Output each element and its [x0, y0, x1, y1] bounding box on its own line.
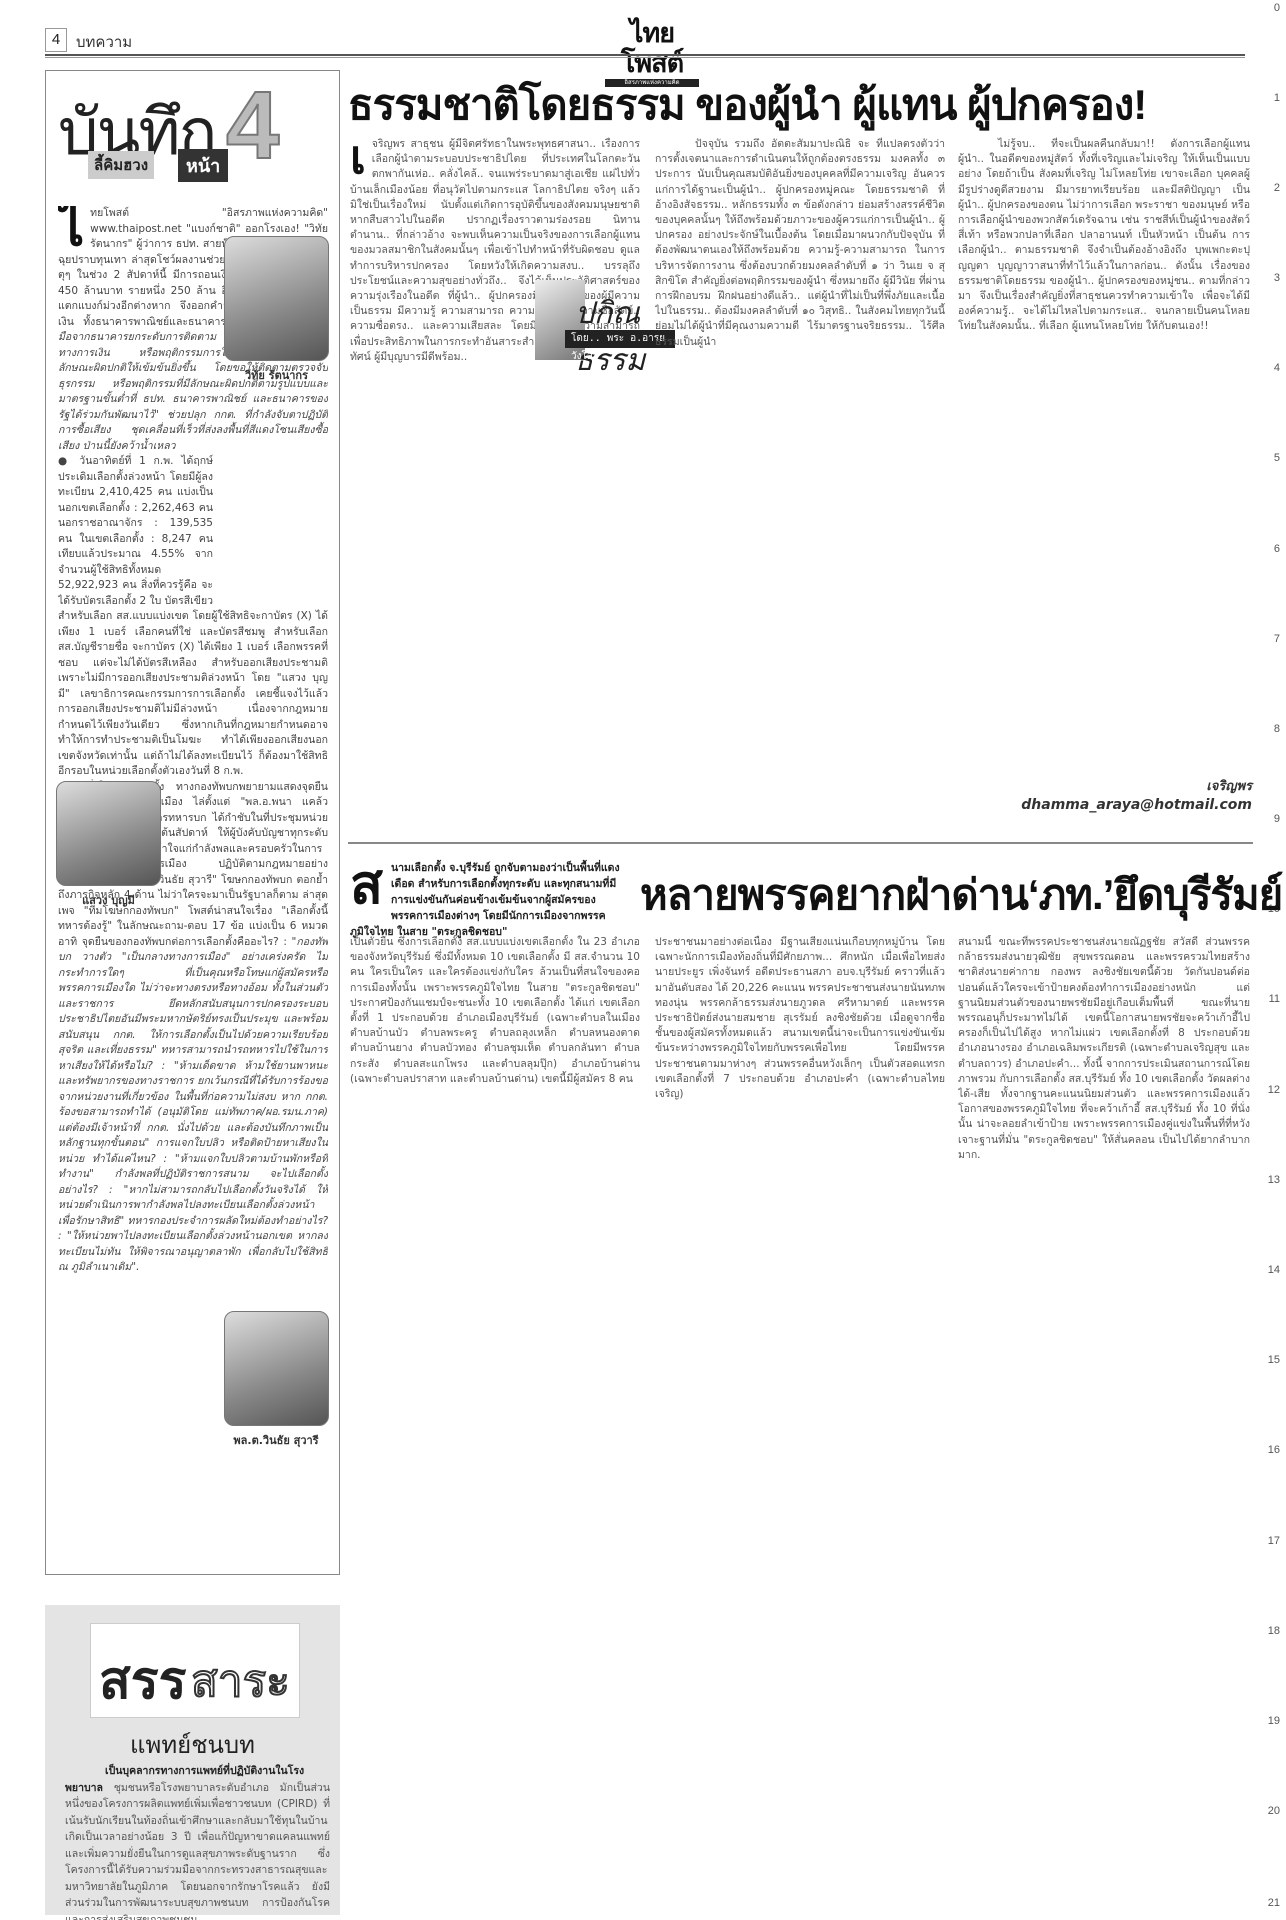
- column-author: ลี้คิมฮวง: [88, 151, 154, 179]
- glossary-logo: สรร สาระ: [90, 1623, 300, 1718]
- ruler-mark: 1: [1274, 92, 1280, 104]
- ruler-mark: 18: [1268, 1625, 1280, 1637]
- article-2-text: เป็นตัวยืน ซึ่งการเลือกตั้ง สส.แบบแบ่งเข…: [350, 936, 640, 1085]
- article-2-text: สนามนี้ ขณะที่พรรคประชาชนส่งนายณัฏฐชัย ส…: [958, 936, 1250, 1161]
- dropcap: ไ: [58, 206, 84, 252]
- column-banner: บันทึก 4 ลี้คิมฮวง หน้า: [46, 71, 339, 201]
- article-divider: [348, 842, 1253, 844]
- ruler-mark: 11: [1269, 993, 1280, 1005]
- glossary-logo-right: สาระ: [191, 1646, 290, 1716]
- logo-text: ไทยโพสต์: [605, 18, 699, 78]
- photo-winthai: [224, 1311, 329, 1426]
- photo-saeng: [56, 781, 161, 886]
- photo-caption: พล.ต.วินธัย สุวารี: [216, 1431, 336, 1449]
- section-label: บทความ: [76, 30, 132, 54]
- ruler-mark: 8: [1274, 723, 1280, 735]
- ruler-mark: 4: [1274, 362, 1280, 374]
- ruler-mark: 2: [1274, 182, 1280, 194]
- column-page-label: หน้า: [178, 149, 228, 182]
- big-number-4-icon: 4: [226, 76, 306, 176]
- photo-caption: แสวง บุญมี: [56, 891, 161, 909]
- glossary-body: เป็นบุคลากรทางการแพทย์ที่ปฏิบัติงานในโรง…: [65, 1763, 330, 1920]
- ruler-mark: 0: [1274, 2, 1280, 14]
- column-byline-box: ปกิณธรรม โดย.. พระ อ.อารยวังโส: [535, 280, 675, 360]
- article-2-lead: ส นามเลือกตั้ง จ.บุรีรัมย์ ถูกจับตามองว่…: [350, 860, 630, 940]
- dropcap: เ: [350, 137, 366, 179]
- dropcap: ส: [350, 860, 383, 910]
- ruler-mark: 7: [1274, 633, 1280, 645]
- column-quote-2: "กองทัพบก วางตัว "เป็นกลางทางการเมือง" อ…: [58, 936, 328, 1274]
- article-2-col-1: เป็นตัวยืน ซึ่งการเลือกตั้ง สส.แบบแบ่งเข…: [350, 935, 640, 1915]
- ruler-mark: 6: [1274, 543, 1280, 555]
- ruler-mark: 12: [1268, 1084, 1280, 1096]
- article-1-text: ปัจจุบัน รวมถึง อัตตะสัมมาปะณิธิ จะ ที่แ…: [655, 138, 945, 348]
- glossary-text: ชุมชนหรือโรงพยาบาลระดับอำเภอ มักเป็นส่วน…: [65, 1782, 330, 1920]
- ruler-mark: 16: [1268, 1444, 1280, 1456]
- masthead-rule: [45, 54, 1245, 58]
- ruler-mark: 5: [1274, 452, 1280, 464]
- article-2-col-2: ประชาชนมาอย่างต่อเนื่อง มีฐานเสียงแน่นเก…: [655, 935, 945, 1915]
- page-number: 4: [45, 28, 67, 52]
- photo-vitai: [224, 236, 329, 361]
- article-2-lead-text: นามเลือกตั้ง จ.บุรีรัมย์ ถูกจับตามองว่าเ…: [350, 862, 620, 938]
- article-2-headline: หลายพรรคยากฝ่าด่าน‘ภท.’ยึดบุรีรัมย์: [640, 862, 1282, 928]
- article-1-col-3: ไม่รู้จบ.. ที่จะเป็นผลคืนกลับมา!! ดังการ…: [958, 137, 1250, 747]
- article-1-text: ไม่รู้จบ.. ที่จะเป็นผลคืนกลับมา!! ดังการ…: [958, 138, 1250, 332]
- signature-name: เจริญพร: [1206, 775, 1252, 796]
- ruler-mark: 20: [1268, 1805, 1280, 1817]
- ruler-mark: 19: [1268, 1715, 1280, 1727]
- article-1-headline: ธรรมชาติโดยธรรม ของผู้นำ ผู้แทน ผู้ปกครอ…: [348, 72, 1258, 138]
- photo-caption: วิทัย รัตนากร: [224, 366, 329, 384]
- ruler-mark: 21: [1268, 1897, 1280, 1909]
- article-1-col-1: เ จริญพร สาธุชน ผู้มีจิตศรัทธาในพระพุทธศ…: [350, 137, 640, 827]
- ruler-mark: 15: [1268, 1354, 1280, 1366]
- left-column-box: บันทึก 4 ลี้คิมฮวง หน้า ไ ทยโพสต์ "อิสรภ…: [45, 70, 340, 1575]
- ruler-mark: 9: [1274, 813, 1280, 825]
- glossary-title: แพทย์ชนบท: [45, 1725, 340, 1764]
- line-ruler: 0 1 2 3 4 5 6 7 8 9 10 11 12 13 14 15 16…: [1256, 0, 1280, 1920]
- article-2-text: ประชาชนมาอย่างต่อเนื่อง มีฐานเสียงแน่นเก…: [655, 936, 945, 1100]
- signature-email[interactable]: dhamma_araya@hotmail.com: [1021, 797, 1252, 813]
- masthead: 4 บทความ ไทยโพสต์ อิสรภาพแห่งความคิด: [40, 18, 1250, 58]
- ruler-mark: 3: [1274, 272, 1280, 284]
- glossary-logo-left: สรร: [99, 1638, 187, 1721]
- article-1-col-2: ปัจจุบัน รวมถึง อัตตะสัมมาปะณิธิ จะ ที่แ…: [655, 137, 945, 827]
- ruler-mark: 17: [1268, 1535, 1280, 1547]
- ruler-mark: 13: [1268, 1174, 1280, 1186]
- ruler-mark: 14: [1268, 1264, 1280, 1276]
- article-2-col-3: สนามนี้ ขณะที่พรรคประชาชนส่งนายณัฏฐชัย ส…: [958, 935, 1250, 1915]
- glossary-box: สรร สาระ แพทย์ชนบท เป็นบุคลากรทางการแพทย…: [45, 1605, 340, 1915]
